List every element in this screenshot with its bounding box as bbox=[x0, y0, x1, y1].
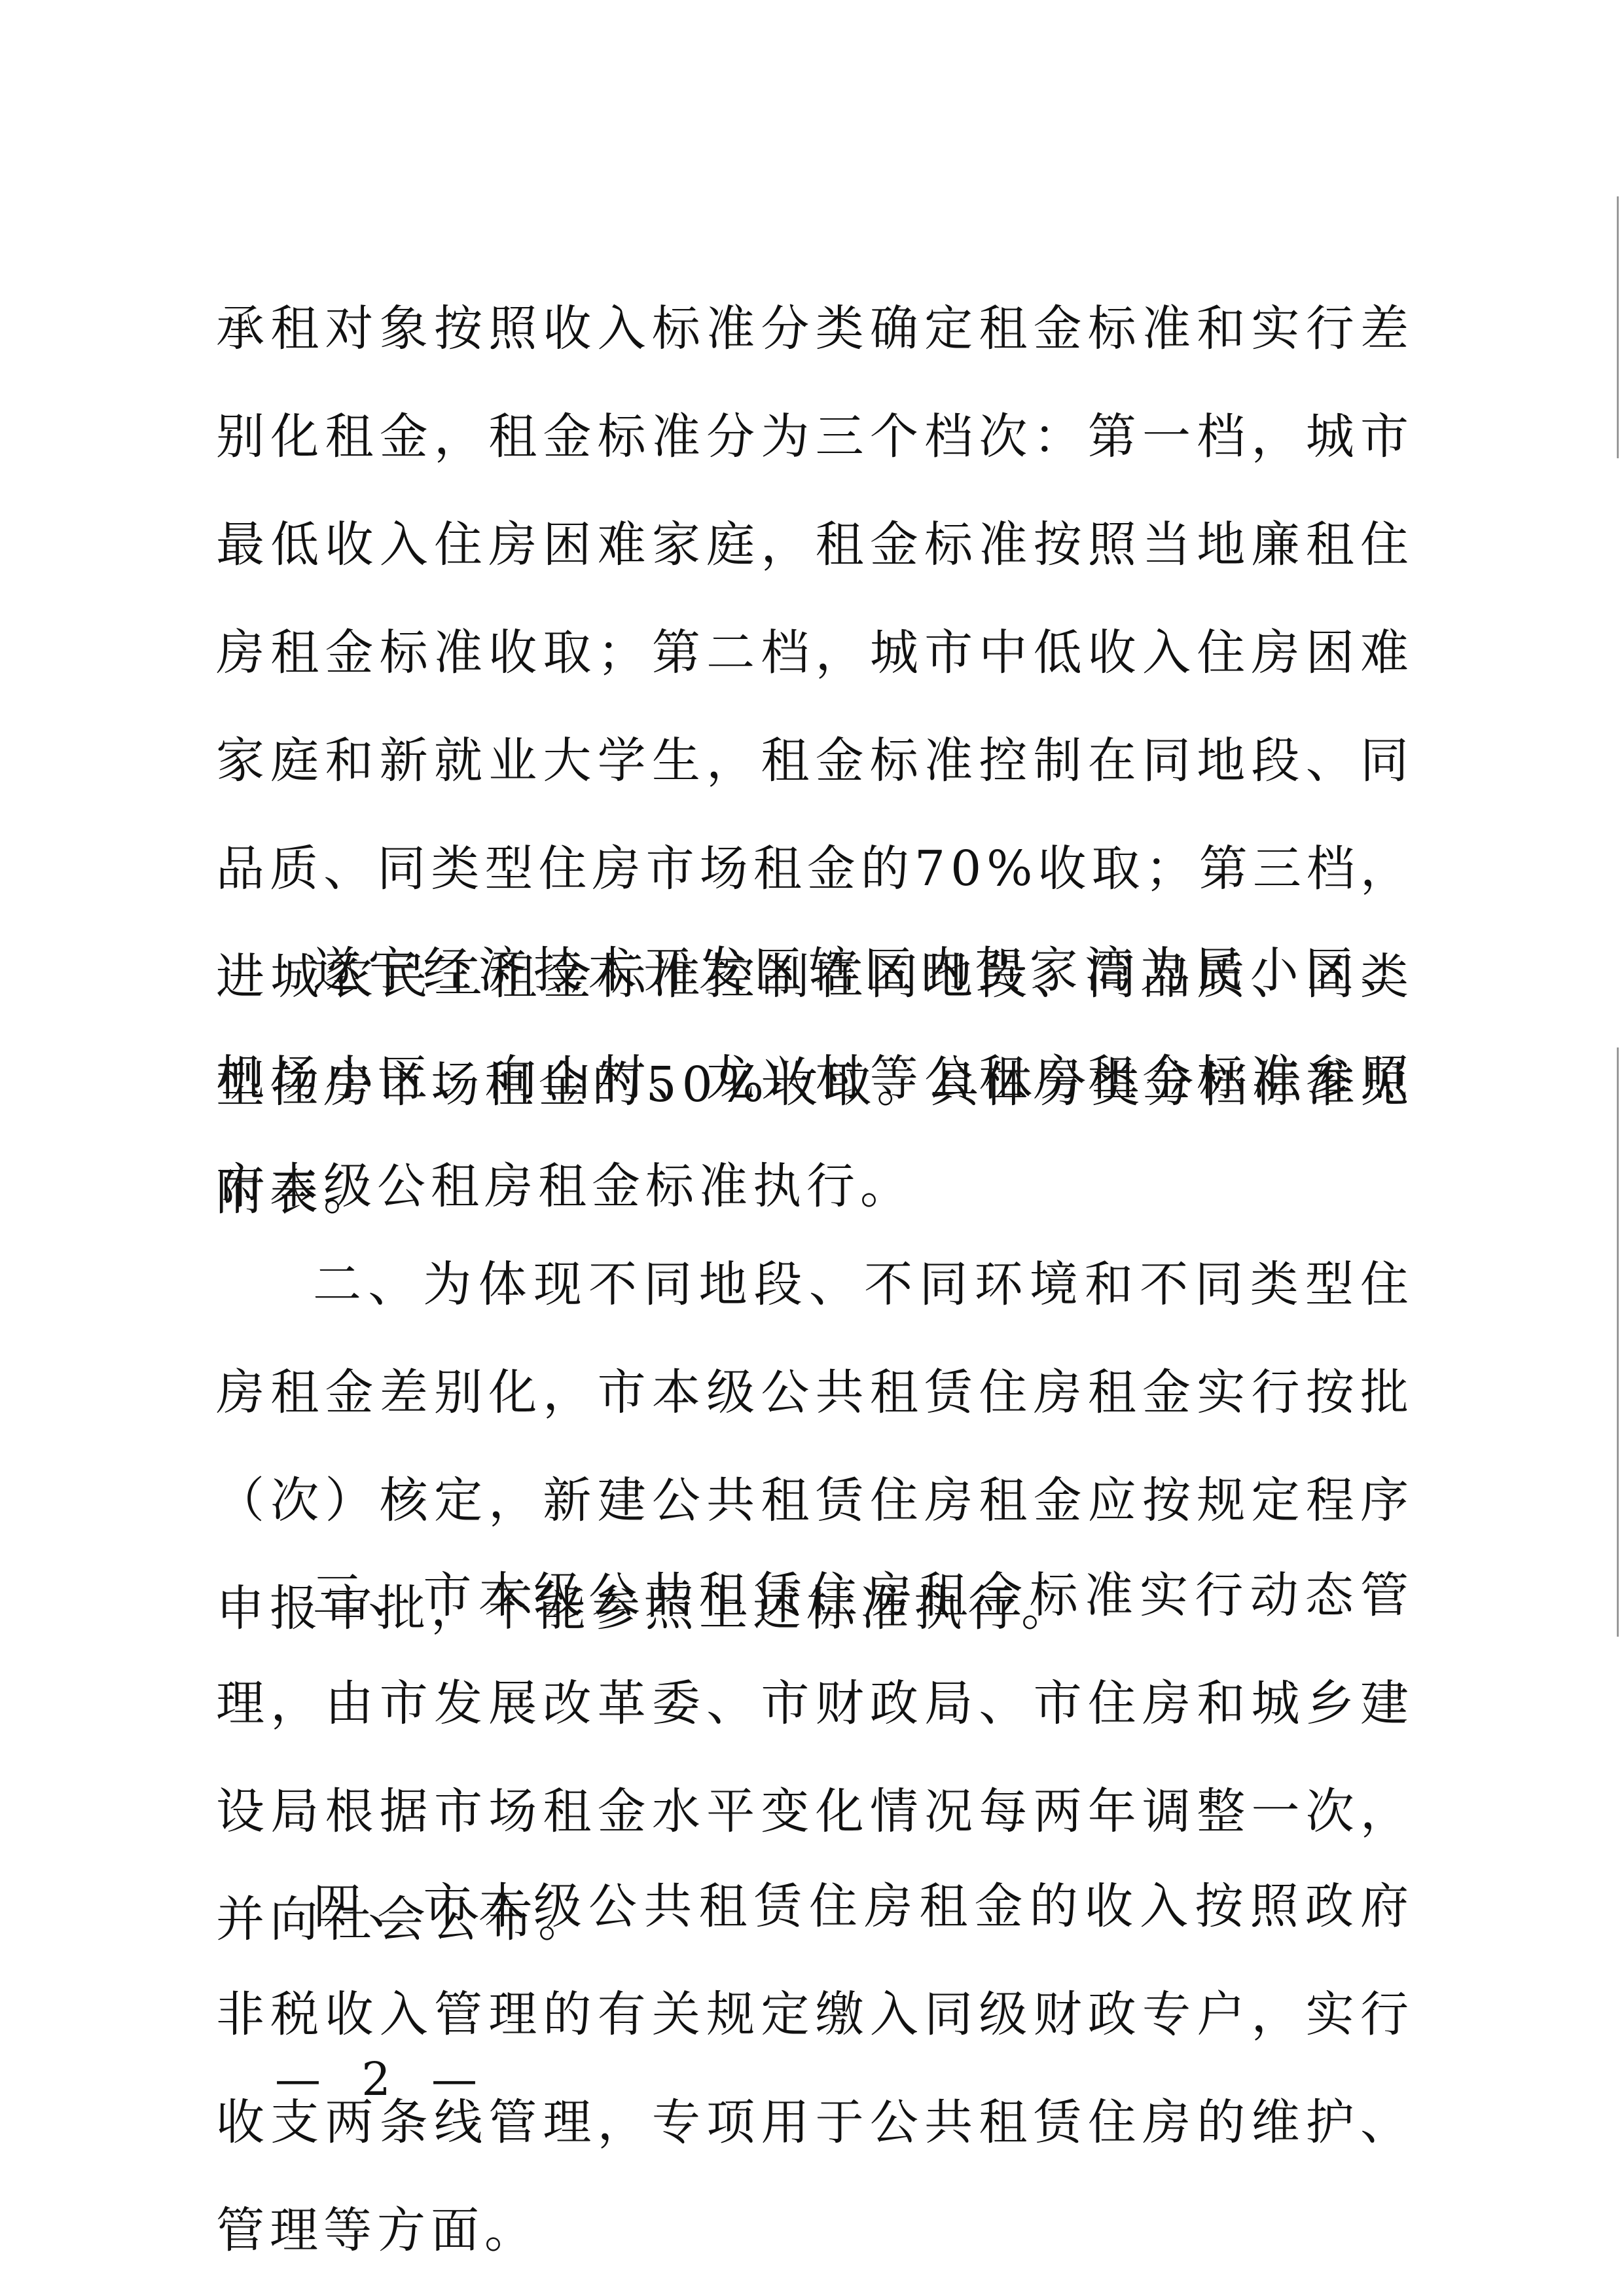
document-page: 承租对象按照收入标准分类确定租金标准和实行差别化租金，租金标准分为三个档次：第一… bbox=[0, 0, 1624, 2292]
scan-edge-line bbox=[1617, 196, 1619, 458]
paragraph-development-zone: 遂宁经济技术开发区辖区内贺家湾为民小区、机场小区、向山村、龙兴村等公租房租金标准… bbox=[216, 917, 1414, 1241]
scan-edge-line bbox=[1617, 1047, 1619, 1637]
page-number: — 2 — bbox=[275, 2052, 490, 2106]
